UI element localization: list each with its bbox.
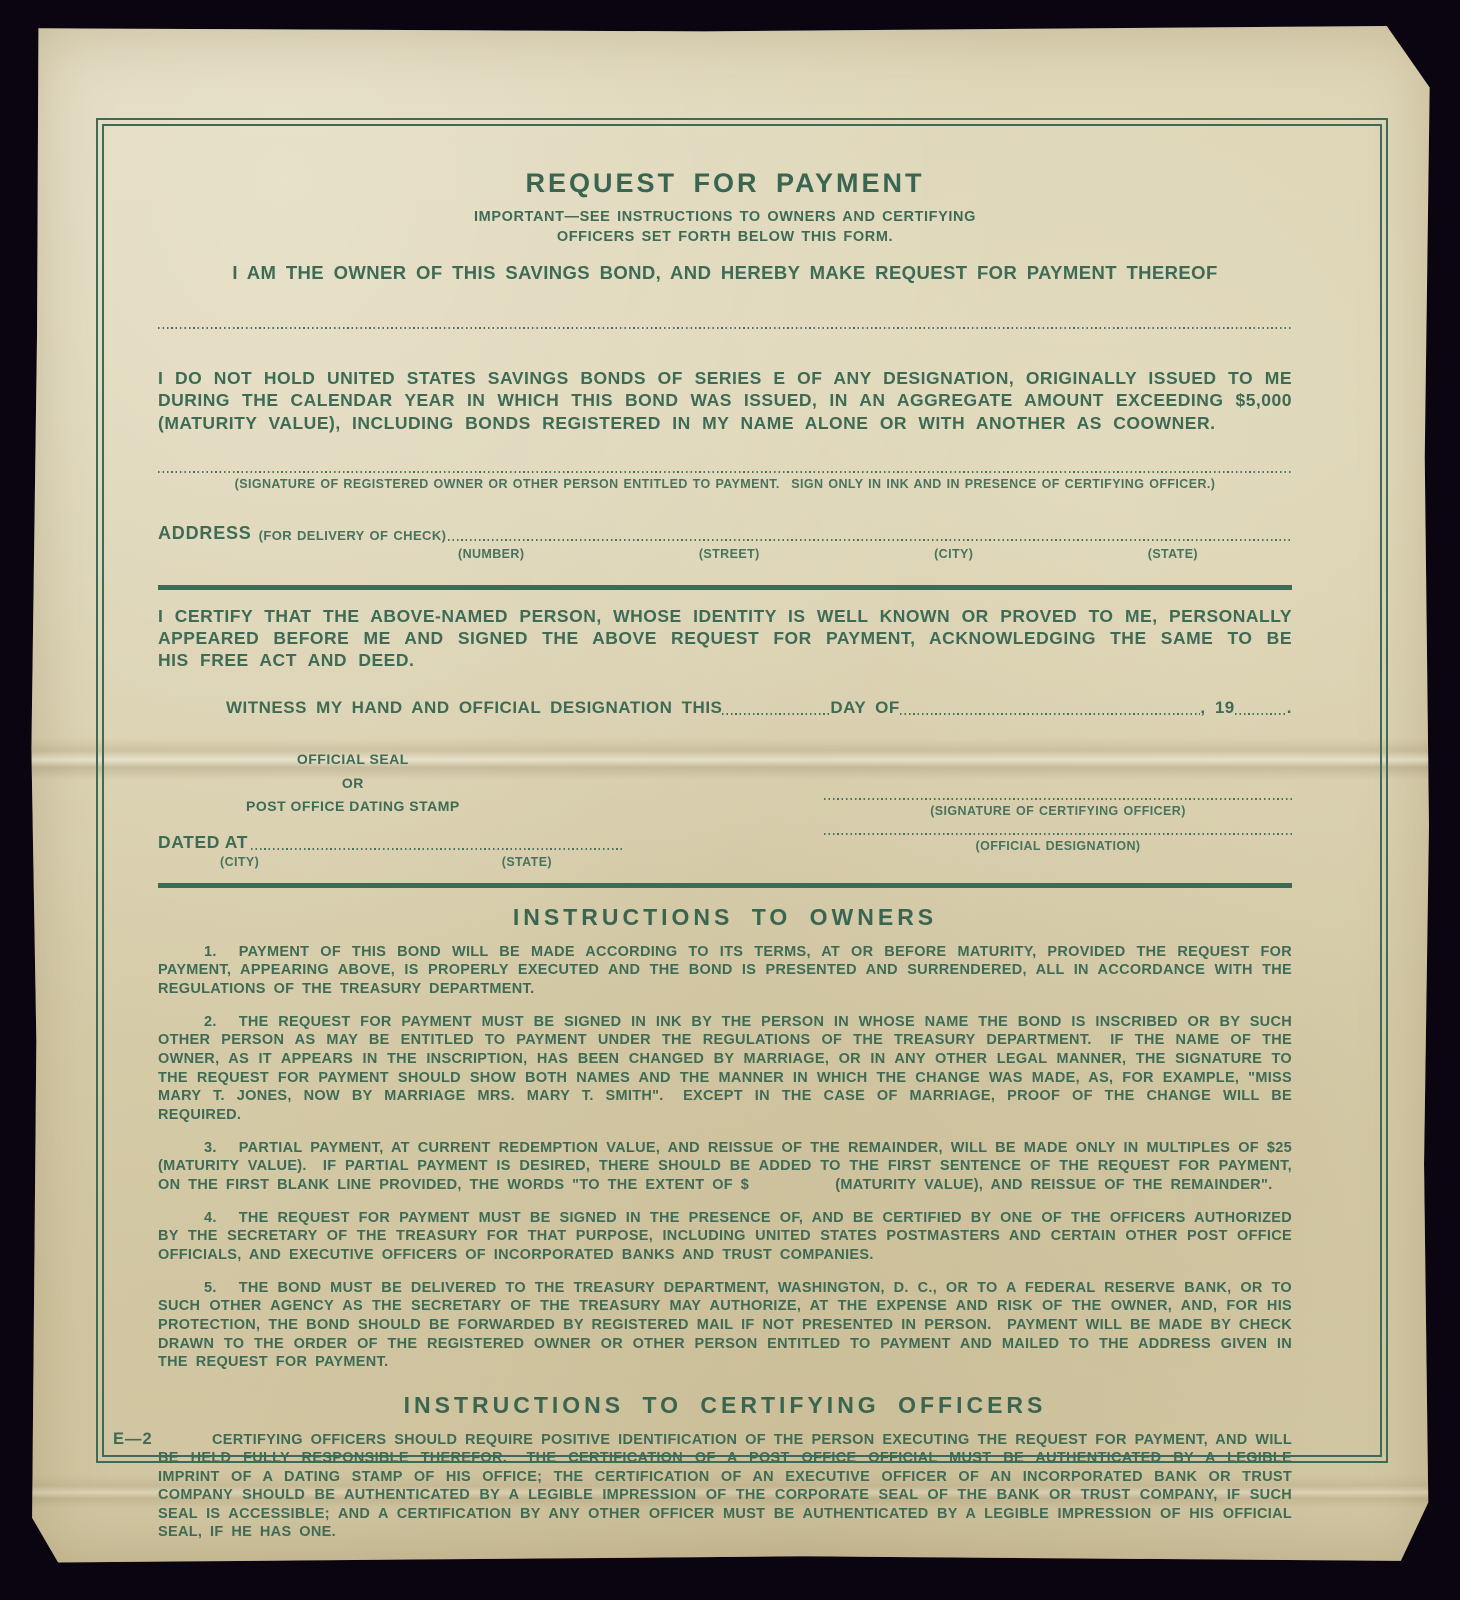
form-code: E—2 [113, 1430, 153, 1449]
address-label: ADDRESS [158, 523, 252, 544]
section-divider-rule-bottom [158, 883, 1292, 888]
dated-at-row: DATED AT (CITY) (STATE) (OFFICIAL DESIGN… [158, 832, 1292, 869]
owner-signature-caption: (SIGNATURE OF REGISTERED OWNER OR OTHER … [158, 477, 1292, 491]
form-outer-border: REQUEST FOR PAYMENT IMPORTANT—SEE INSTRU… [96, 118, 1388, 1463]
instruction-number: 5. [204, 1280, 217, 1296]
seal-line3: POST OFFICE DATING STAMP [246, 795, 460, 818]
instruction-number: 1. [204, 944, 217, 960]
official-designation-col: (OFFICIAL DESIGNATION) [824, 832, 1292, 853]
certifying-officer-signature-line [824, 797, 1292, 800]
seal-line1: OFFICIAL SEAL [246, 748, 460, 771]
address-field-street: (STREET) [699, 547, 760, 561]
instruction-text: THE REQUEST FOR PAYMENT MUST BE SIGNED I… [158, 1210, 1292, 1263]
witness-month-blank [900, 712, 1201, 715]
official-designation-caption: (OFFICIAL DESIGNATION) [824, 839, 1292, 853]
owners-instruction-4: 4.THE REQUEST FOR PAYMENT MUST BE SIGNED… [158, 1209, 1292, 1265]
form-title: REQUEST FOR PAYMENT [158, 168, 1292, 199]
owner-statement: I AM THE OWNER OF THIS SAVINGS BOND, AND… [158, 262, 1292, 284]
address-field-city: (CITY) [934, 547, 973, 561]
owners-instruction-1: 1.PAYMENT OF THIS BOND WILL BE MADE ACCO… [158, 943, 1292, 999]
witness-day-blank [722, 712, 830, 715]
dated-at-label: DATED AT [158, 832, 248, 853]
address-sublabel: (FOR DELIVERY OF CHECK) [259, 528, 447, 543]
witness-year-blank [1235, 712, 1287, 715]
owner-signature-line [158, 470, 1292, 473]
instruction-text: PAYMENT OF THIS BOND WILL BE MADE ACCORD… [158, 944, 1292, 997]
witness-row: WITNESS MY HAND AND OFFICIAL DESIGNATION… [158, 698, 1292, 718]
certifying-officer-signature-col: (SIGNATURE OF CERTIFYING OFFICER) [824, 797, 1292, 818]
seal-line2: OR [246, 772, 460, 795]
important-note-line1: IMPORTANT—SEE INSTRUCTIONS TO OWNERS AND… [158, 208, 1292, 228]
dated-field-state: (STATE) [502, 855, 552, 869]
official-designation-line [824, 832, 1292, 835]
dated-at-line: DATED AT [158, 832, 623, 853]
address-field-state: (STATE) [1148, 547, 1198, 561]
instruction-number: 4. [204, 1210, 217, 1226]
instruction-text: THE REQUEST FOR PAYMENT MUST BE SIGNED I… [158, 1014, 1292, 1123]
form-inner-border: REQUEST FOR PAYMENT IMPORTANT—SEE INSTRU… [102, 124, 1382, 1457]
instruction-text: PARTIAL PAYMENT, AT CURRENT REDEMPTION V… [158, 1140, 1292, 1193]
instruction-number: 2. [204, 1014, 217, 1030]
important-note: IMPORTANT—SEE INSTRUCTIONS TO OWNERS AND… [158, 208, 1292, 247]
owners-instruction-2: 2.THE REQUEST FOR PAYMENT MUST BE SIGNED… [158, 1013, 1292, 1124]
form-content: REQUEST FOR PAYMENT IMPORTANT—SEE INSTRU… [104, 126, 1380, 1455]
witness-year-label: , 19 [1200, 698, 1234, 718]
witness-day-of-label: DAY OF [830, 698, 899, 718]
certifying-officer-signature-caption: (SIGNATURE OF CERTIFYING OFFICER) [824, 804, 1292, 818]
dated-field-city: (CITY) [220, 855, 259, 869]
important-note-line2: OFFICERS SET FORTH BELOW THIS FORM. [158, 228, 1292, 248]
instruction-number: 3. [204, 1140, 217, 1156]
savings-bond-back-paper: REQUEST FOR PAYMENT IMPORTANT—SEE INSTRU… [30, 26, 1436, 1564]
owners-instruction-3: 3.PARTIAL PAYMENT, AT CURRENT REDEMPTION… [158, 1139, 1292, 1195]
address-row: ADDRESS (FOR DELIVERY OF CHECK) [158, 523, 1292, 544]
section-divider-rule-top [158, 585, 1292, 590]
certification-paragraph: I CERTIFY THAT THE ABOVE-NAMED PERSON, W… [158, 605, 1292, 672]
instructions-owners-title: INSTRUCTIONS TO OWNERS [158, 904, 1292, 931]
no-hold-declaration: I DO NOT HOLD UNITED STATES SAVINGS BOND… [158, 367, 1292, 434]
dated-at-left: DATED AT (CITY) (STATE) [158, 832, 623, 869]
dated-field-labels: (CITY) (STATE) [220, 855, 552, 869]
owners-instruction-5: 5.THE BOND MUST BE DELIVERED TO THE TREA… [158, 1279, 1292, 1372]
witness-period: . [1287, 698, 1292, 718]
seal-and-signature-row: OFFICIAL SEAL OR POST OFFICE DATING STAM… [158, 748, 1292, 817]
address-line [448, 538, 1292, 541]
photo-background: REQUEST FOR PAYMENT IMPORTANT—SEE INSTRU… [0, 0, 1460, 1600]
witness-prefix: WITNESS MY HAND AND OFFICIAL DESIGNATION… [226, 698, 722, 718]
officers-instruction-paragraph: CERTIFYING OFFICERS SHOULD REQUIRE POSIT… [158, 1431, 1292, 1542]
partial-payment-blank-line [158, 326, 1292, 329]
dated-at-blank [251, 847, 623, 850]
address-field-number: (NUMBER) [458, 547, 524, 561]
official-seal-block: OFFICIAL SEAL OR POST OFFICE DATING STAM… [246, 748, 460, 817]
instruction-text: THE BOND MUST BE DELIVERED TO THE TREASU… [158, 1280, 1292, 1370]
address-field-labels: (NUMBER) (STREET) (CITY) (STATE) [458, 547, 1198, 561]
instructions-officers-title: INSTRUCTIONS TO CERTIFYING OFFICERS [158, 1392, 1292, 1419]
